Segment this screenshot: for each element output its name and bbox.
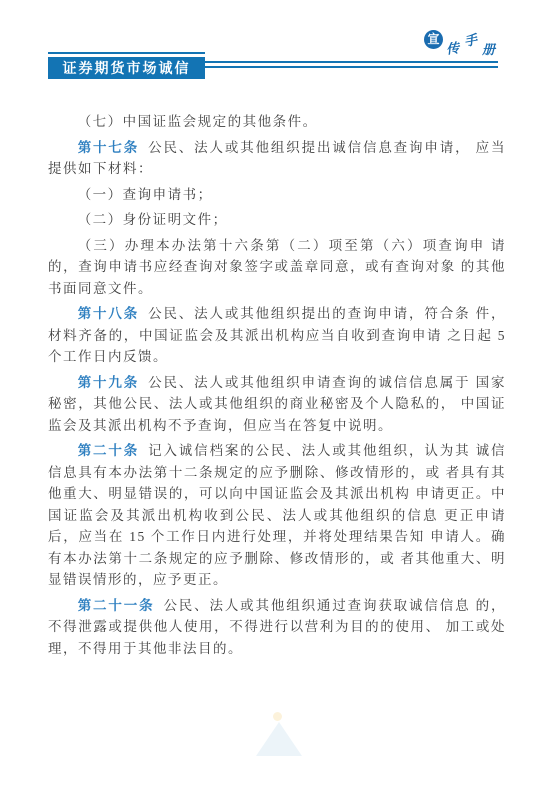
paragraph: （七）中国证监会规定的其他条件。: [48, 111, 506, 133]
section-banner: 证券期货市场诚信: [48, 57, 205, 79]
paragraph: 第十八条公民、法人或其他组织提出的查询申请，符合条 件，材料齐备的，中国证监会及…: [48, 303, 506, 368]
paragraph: （二）身份证明文件；: [48, 209, 506, 231]
ornament-sun-icon: [273, 712, 282, 721]
paragraph: 第十九条公民、法人或其他组织申请查询的诚信信息属于 国家秘密，其他公民、法人或其…: [48, 372, 506, 437]
paragraph: 第十七条公民、法人或其他组织提出诚信信息查询申请， 应当提供如下材料：: [48, 137, 506, 180]
handbook-page: 证券期货市场诚信 宣 传 手 册 （七）中国证监会规定的其他条件。 第十七条公民…: [0, 0, 552, 790]
logo-script-char-3: 册: [482, 39, 495, 58]
article-number: 第十八条: [78, 306, 139, 321]
paragraph-text: （一）查询申请书；: [78, 187, 213, 202]
article-text-block: （七）中国证监会规定的其他条件。 第十七条公民、法人或其他组织提出诚信信息查询申…: [48, 111, 506, 663]
article-number: 第十九条: [78, 375, 139, 390]
logo-seal-icon: 宣: [424, 30, 443, 49]
paragraph-text: （七）中国证监会规定的其他条件。: [78, 114, 318, 129]
article-number: 第十七条: [78, 140, 139, 155]
paragraph-text: （三）办理本办法第十六条第（二）项至第（六）项查询申 请的，查询申请书应经查询对…: [48, 238, 506, 296]
article-number: 第二十一条: [78, 598, 155, 613]
header-rule-top: [48, 52, 205, 54]
footer-ornament: [256, 712, 304, 758]
paragraph: （三）办理本办法第十六条第（二）项至第（六）项查询申 请的，查询申请书应经查询对…: [48, 235, 506, 300]
article-number: 第二十条: [78, 443, 139, 458]
paragraph-text: （二）身份证明文件；: [78, 212, 228, 227]
handbook-logo: 宣 传 手 册: [424, 28, 502, 58]
paragraph: 第二十一条公民、法人或其他组织通过查询获取诚信信息 的，不得泄露或提供他人使用，…: [48, 595, 506, 660]
paragraph: （一）查询申请书；: [48, 184, 506, 206]
section-banner-label: 证券期货市场诚信: [63, 58, 191, 78]
ornament-mountain-icon: [256, 722, 302, 756]
logo-script-char-1: 传: [445, 37, 461, 58]
paragraph: 第二十条记入诚信档案的公民、法人或其他组织，认为其 诚信信息具有本办法第十二条规…: [48, 440, 506, 591]
paragraph-text: 记入诚信档案的公民、法人或其他组织，认为其 诚信信息具有本办法第十二条规定的应予…: [48, 443, 506, 587]
logo-script-char-2: 手: [462, 29, 478, 50]
header-double-rule: [205, 61, 498, 68]
